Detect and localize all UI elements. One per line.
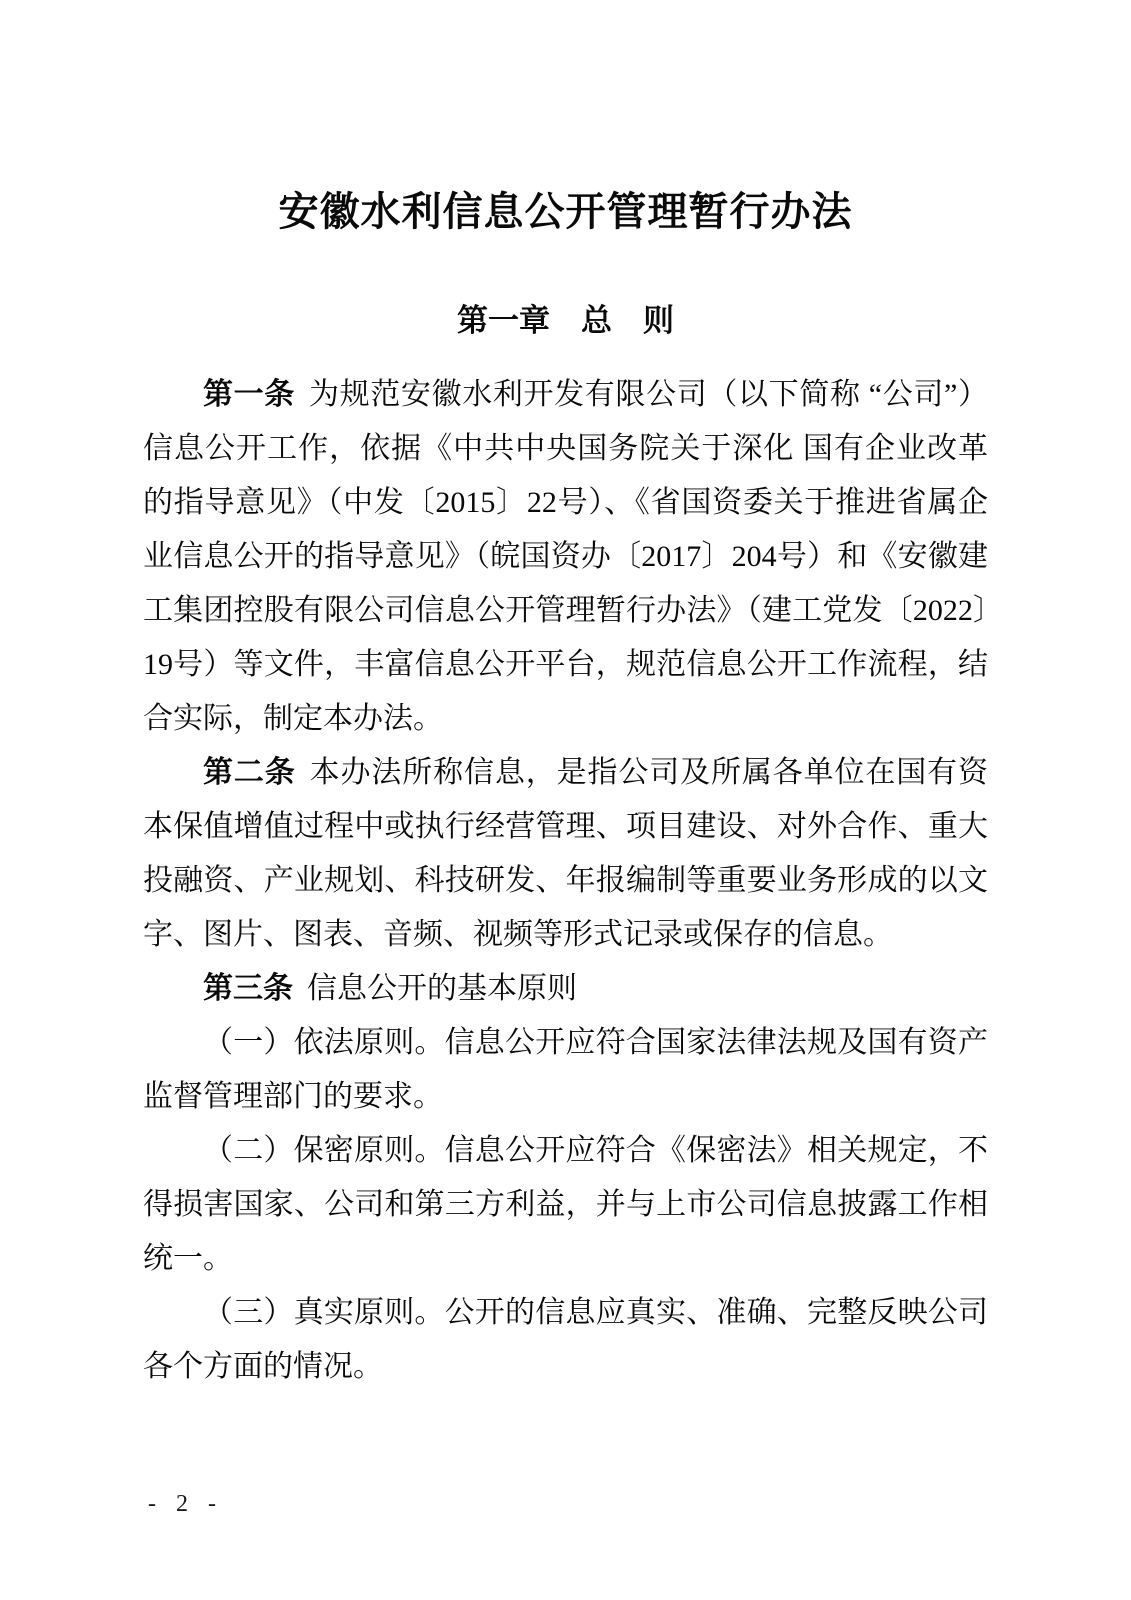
- paragraph-text: （三）真实原则。公开的信息应真实、准确、完整反映公司各个方面的情况。: [143, 1296, 988, 1383]
- chapter-heading: 第一章 总 则: [143, 300, 988, 342]
- document-title: 安徽水利信息公开管理暂行办法: [143, 186, 988, 238]
- paragraph-principle-2: （二）保密原则。信息公开应符合《保密法》相关规定，不得损害国家、公司和第三方利益…: [143, 1124, 988, 1286]
- document-page: 安徽水利信息公开管理暂行办法 第一章 总 则 第一条为规范安徽水利开发有限公司（…: [0, 0, 1131, 1600]
- paragraph-article-3: 第三条信息公开的基本原则: [143, 962, 988, 1016]
- article-number: 第三条: [203, 972, 293, 1005]
- article-number: 第二条: [203, 756, 296, 789]
- paragraph-text: （二）保密原则。信息公开应符合《保密法》相关规定，不得损害国家、公司和第三方利益…: [143, 1134, 988, 1275]
- paragraph-principle-3: （三）真实原则。公开的信息应真实、准确、完整反映公司各个方面的情况。: [143, 1286, 988, 1394]
- paragraph-text: （一）依法原则。信息公开应符合国家法律法规及国有资产监督管理部门的要求。: [143, 1026, 988, 1113]
- page-number: - 2 -: [148, 1491, 223, 1518]
- document-body: 第一条为规范安徽水利开发有限公司（以下简称 “公司”）信息公开工作，依据《中共中…: [143, 368, 988, 1394]
- paragraph-text: 信息公开的基本原则: [307, 972, 577, 1005]
- paragraph-text: 为规范安徽水利开发有限公司（以下简称 “公司”）信息公开工作，依据《中共中央国务…: [143, 378, 988, 735]
- article-number: 第一条: [203, 378, 295, 411]
- paragraph-article-1: 第一条为规范安徽水利开发有限公司（以下简称 “公司”）信息公开工作，依据《中共中…: [143, 368, 988, 746]
- paragraph-principle-1: （一）依法原则。信息公开应符合国家法律法规及国有资产监督管理部门的要求。: [143, 1016, 988, 1124]
- paragraph-article-2: 第二条本办法所称信息，是指公司及所属各单位在国有资本保值增值过程中或执行经营管理…: [143, 746, 988, 962]
